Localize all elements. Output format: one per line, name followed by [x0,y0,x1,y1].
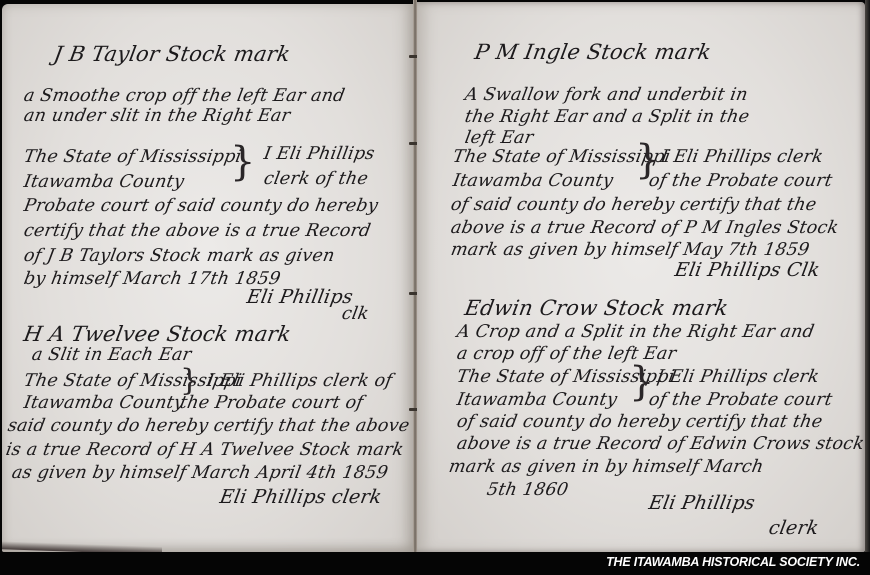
entry-title-taylor: J B Taylor Stock mark [52,42,292,66]
historical-society-credit: THE ITAWAMBA HISTORICAL SOCIETY INC. [606,555,860,569]
certificate-clerk: I Eli Phillips clerk [655,367,820,387]
certificate-body-line: mark as given in by himself March [447,457,765,477]
certificate-body-line: said county do hereby certify that the a… [6,416,411,436]
clerk-signature: Eli Phillips Clk [673,259,822,281]
clerk-signature: Eli Phillips clerk [218,486,383,508]
right-page: P M Ingle Stock mark A Swallow fork and … [417,2,865,552]
certificate-body-line: of said county do hereby certify that th… [455,412,824,432]
certificate-clerk: of the Probate court [647,171,834,191]
certificate-body-line: is a true Record of H A Twelvee Stock ma… [4,440,405,460]
entry-title-ingle: P M Ingle Stock mark [473,40,713,64]
certificate-body-line: above is a true Record of P M Ingles Sto… [449,218,840,238]
entry-description-line: A Swallow fork and underbit in [463,85,749,105]
certificate-clerk: the Probate court of [178,393,365,413]
certificate-county: Itawamba County [455,390,619,410]
certificate-county: Itawamba County [22,393,186,413]
entry-description-line: an under slit in the Right Ear [22,106,292,126]
entry-description-line: left Ear [463,128,535,148]
certificate-clerk: I Eli Phillips clerk of [205,371,394,391]
certificate-state: The State of Mississippi [22,147,243,167]
book-cover-edge [865,0,870,552]
certificate-body-line: of said county do hereby certify that th… [449,195,818,215]
brace-bracket: } [230,142,255,182]
certificate-body-line: above is a true Record of Edwin Crows st… [455,434,865,454]
clerk-title: clk [340,304,370,324]
certificate-body-line: of J B Taylors Stock mark as given [22,246,336,266]
certificate-date-line: mark as given by himself May 7th 1859 [449,240,811,260]
entry-description-line: a Slit in Each Ear [30,345,193,365]
certificate-date-line: 5th 1860 [485,480,570,500]
entry-description-line: a Smoothe crop off the left Ear and [22,86,346,106]
clerk-signature: Eli Phillips [647,492,757,514]
entry-description-line: A Crop and a Split in the Right Ear and [455,322,816,342]
brace-bracket: } [180,366,199,396]
certificate-date-line: by himself March 17th 1859 [22,269,282,289]
certificate-county: Itawamba County [451,171,615,191]
entry-title-twelvee: H A Twelvee Stock mark [22,322,293,346]
left-page: J B Taylor Stock mark a Smoothe crop off… [2,4,413,552]
certificate-body-line: certify that the above is a true Record [22,221,372,241]
certificate-date-line: as given by himself March April 4th 1859 [10,463,389,483]
certificate-clerk: of the Probate court [647,390,834,410]
clerk-signature: Eli Phillips [245,286,355,308]
certificate-county: Itawamba County [22,172,186,192]
certificate-clerk: I Eli Phillips clerk [659,147,824,167]
certificate-clerk: I Eli Phillips [262,144,376,164]
clerk-title: clerk [767,517,820,539]
certificate-clerk: clerk of the [262,169,369,189]
certificate-body-line: Probate court of said county do hereby [22,196,379,216]
entry-title-crow: Edwin Crow Stock mark [463,296,730,320]
ledger-photograph: J B Taylor Stock mark a Smoothe crop off… [0,0,870,575]
entry-description-line: the Right Ear and a Split in the [463,107,751,127]
